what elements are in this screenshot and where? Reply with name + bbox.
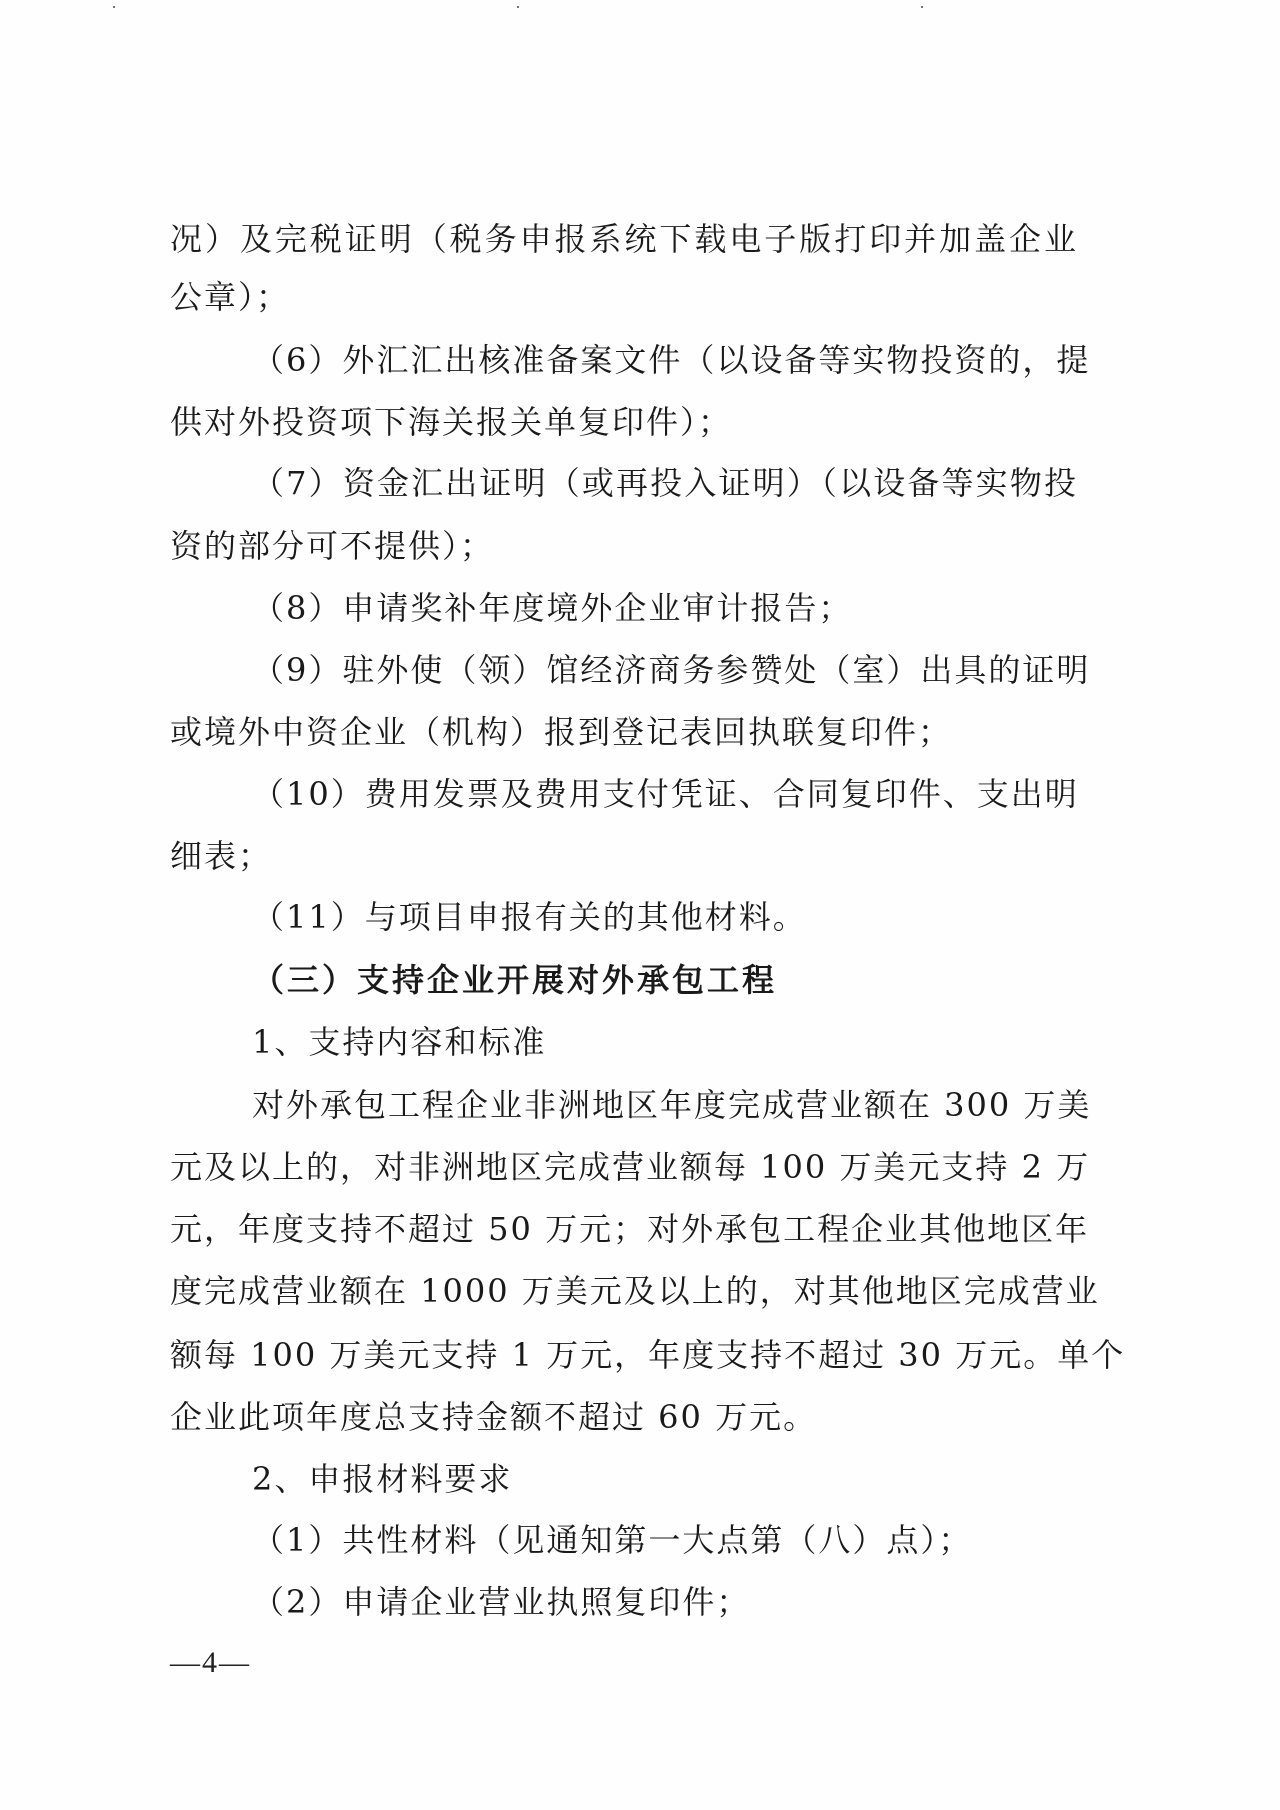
- list-item-9: （9）驻外使（领）馆经济商务参赞处（室）出具的证明: [252, 650, 1078, 690]
- body-paragraph-line: 企业此项年度总支持金额不超过 60 万元。: [170, 1397, 1078, 1437]
- body-paragraph-line: 元及以上的，对非洲地区完成营业额每 100 万美元支持 2 万: [170, 1147, 1078, 1187]
- list-item-11: （11）与项目申报有关的其他材料。: [252, 897, 1078, 937]
- body-line: 细表；: [170, 836, 1078, 876]
- body-paragraph-line: 元，年度支持不超过 50 万元；对外承包工程企业其他地区年: [170, 1209, 1078, 1249]
- list-item-7: （7）资金汇出证明（或再投入证明）（以设备等实物投: [252, 463, 1078, 503]
- body-line: 公章）；: [170, 277, 1078, 317]
- list-item-6: （6）外汇汇出核准备案文件（以设备等实物投资的，提: [252, 340, 1078, 380]
- document-page: 况）及完税证明（税务申报系统下载电子版打印并加盖企业 公章）； （6）外汇汇出核…: [0, 0, 1280, 1810]
- body-line: 况）及完税证明（税务申报系统下载电子版打印并加盖企业: [170, 219, 1078, 259]
- body-paragraph-line: 额每 100 万美元支持 1 万元，年度支持不超过 30 万元。单个: [170, 1335, 1078, 1375]
- subsection-heading: 2、申报材料要求: [252, 1459, 1078, 1499]
- subsection-heading: 1、支持内容和标准: [252, 1022, 1078, 1062]
- section-heading: （三）支持企业开展对外承包工程: [252, 960, 1078, 1000]
- scan-mark: [517, 6, 519, 8]
- scan-mark: [113, 6, 115, 8]
- body-line: 资的部分可不提供）；: [170, 526, 1078, 566]
- page-number: —4—: [170, 1645, 251, 1681]
- body-paragraph-line: 对外承包工程企业非洲地区年度完成营业额在 300 万美: [252, 1085, 1078, 1125]
- list-item-8: （8）申请奖补年度境外企业审计报告；: [252, 588, 1078, 628]
- body-line: 供对外投资项下海关报关单复印件）；: [170, 402, 1078, 442]
- list-item-10: （10）费用发票及费用支付凭证、合同复印件、支出明: [252, 774, 1078, 814]
- list-item-2: （2）申请企业营业执照复印件；: [252, 1582, 1078, 1622]
- body-paragraph-line: 度完成营业额在 1000 万美元及以上的，对其他地区完成营业: [170, 1271, 1078, 1311]
- list-item-1: （1）共性材料（见通知第一大点第（八）点）；: [252, 1520, 1078, 1560]
- body-line: 或境外中资企业（机构）报到登记表回执联复印件；: [170, 712, 1078, 752]
- scan-mark: [921, 6, 923, 8]
